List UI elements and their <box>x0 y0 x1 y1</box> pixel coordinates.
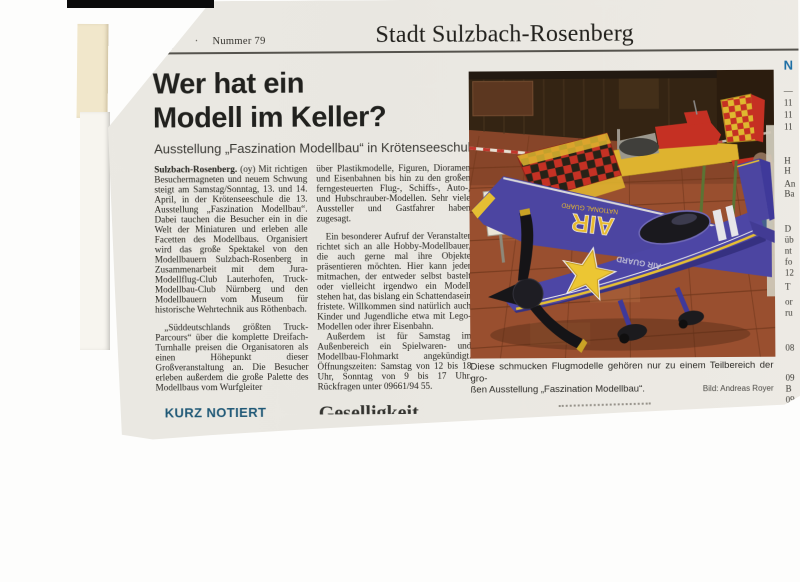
issue-number: Nummer 79 <box>212 36 265 47</box>
headline-line1: Wer hat ein <box>153 65 483 101</box>
edge-text-fragment: H <box>784 156 791 166</box>
article-subhead: Ausstellung „Faszination Modellbau“ in K… <box>154 139 484 156</box>
paragraph-1: Sulzbach-Rosenberg. (oy) Mit richtigen B… <box>154 164 308 315</box>
edge-text-fragment: 09 <box>786 373 795 383</box>
paper-scrap-white <box>80 112 110 350</box>
article-column-2: über Plastikmodelle, Figuren, Dioramen u… <box>316 163 471 392</box>
edge-text-fragment: 11 <box>784 110 793 120</box>
scanned-newspaper-clipping: 24 · Nummer 79 Stadt Sulzbach-Rosenberg … <box>0 0 800 582</box>
edge-text-fragment: B <box>786 384 792 394</box>
dateline: Sulzbach-Rosenberg. <box>154 164 237 175</box>
caption-line2-wrap: Bild: Andreas Royerßen Ausstellung „Fasz… <box>471 383 774 396</box>
paragraph-2: „Süddeutschlands größten Truck-Parcours“… <box>155 322 308 393</box>
paragraph-5: Außerdem ist für Samstag im Außenbereich… <box>317 331 471 392</box>
edge-text-fragment: 12 <box>785 268 794 278</box>
caption-line2: ßen Ausstellung „Faszination Modellbau“. <box>471 384 645 396</box>
edge-text-fragment: N <box>784 58 793 73</box>
edge-text-fragment: nt <box>785 246 792 256</box>
photo-credit: Bild: Andreas Royer <box>703 383 774 395</box>
article-column-1: Sulzbach-Rosenberg. (oy) Mit richtigen B… <box>154 164 308 393</box>
edge-text-fragment: or <box>785 297 793 307</box>
paragraph-4: Ein besonderer Aufruf der Veranstalter r… <box>317 231 472 332</box>
edge-text-fragment: An <box>784 179 795 189</box>
headline-line2: Modell im Keller? <box>153 99 483 135</box>
edge-text-fragment: 11 <box>784 98 793 108</box>
edge-text-fragment: H <box>784 166 791 176</box>
edge-text-fragment: Ba <box>784 189 794 199</box>
print-wash-overlay <box>469 70 776 359</box>
kurz-notiert-heading: KURZ NOTIERT <box>165 405 267 421</box>
header-rule <box>151 49 799 55</box>
edge-text-fragment: 11 <box>784 122 793 132</box>
edge-text-fragment: D <box>785 224 792 234</box>
torn-next-article-heading: Geselligkeit <box>319 401 489 414</box>
photo-caption: Diese schmucken Flugmodelle gehören nur … <box>470 360 773 396</box>
paragraph-3: über Plastikmodelle, Figuren, Dioramen u… <box>316 163 470 224</box>
edge-text-fragment: ru <box>785 308 793 318</box>
section-title: Stadt Sulzbach-Rosenberg <box>375 21 633 50</box>
exhibition-photo: AIR NATIONAL GUARD AIR GUARD <box>469 70 776 359</box>
scan-edge-black-bar <box>67 0 214 8</box>
paper-scrap-cream <box>77 24 109 118</box>
page-number: 24 <box>150 27 175 55</box>
cut-off-adjacent-column: N—111111HHAnBaDübntfo12Torru0809B09 <box>781 0 800 410</box>
torn-text-fragment <box>559 403 651 407</box>
caption-line1: Diese schmucken Flugmodelle gehören nur … <box>470 360 773 385</box>
edge-text-fragment: fo <box>785 257 793 267</box>
article-headline: Wer hat ein Modell im Keller? <box>153 65 483 135</box>
edge-text-fragment: — <box>784 86 793 96</box>
edge-text-fragment: T <box>785 282 791 292</box>
header-separator-dot: · <box>194 33 198 48</box>
newspaper-clipping: 24 · Nummer 79 Stadt Sulzbach-Rosenberg … <box>0 0 800 582</box>
paragraph-1-text: Mit richtigen Besuchermagneten und neuem… <box>154 164 308 315</box>
edge-text-fragment: 09 <box>786 395 795 405</box>
author-initials: (oy) <box>240 164 255 174</box>
edge-text-fragment: üb <box>785 235 794 245</box>
edge-text-fragment: 08 <box>785 343 794 353</box>
